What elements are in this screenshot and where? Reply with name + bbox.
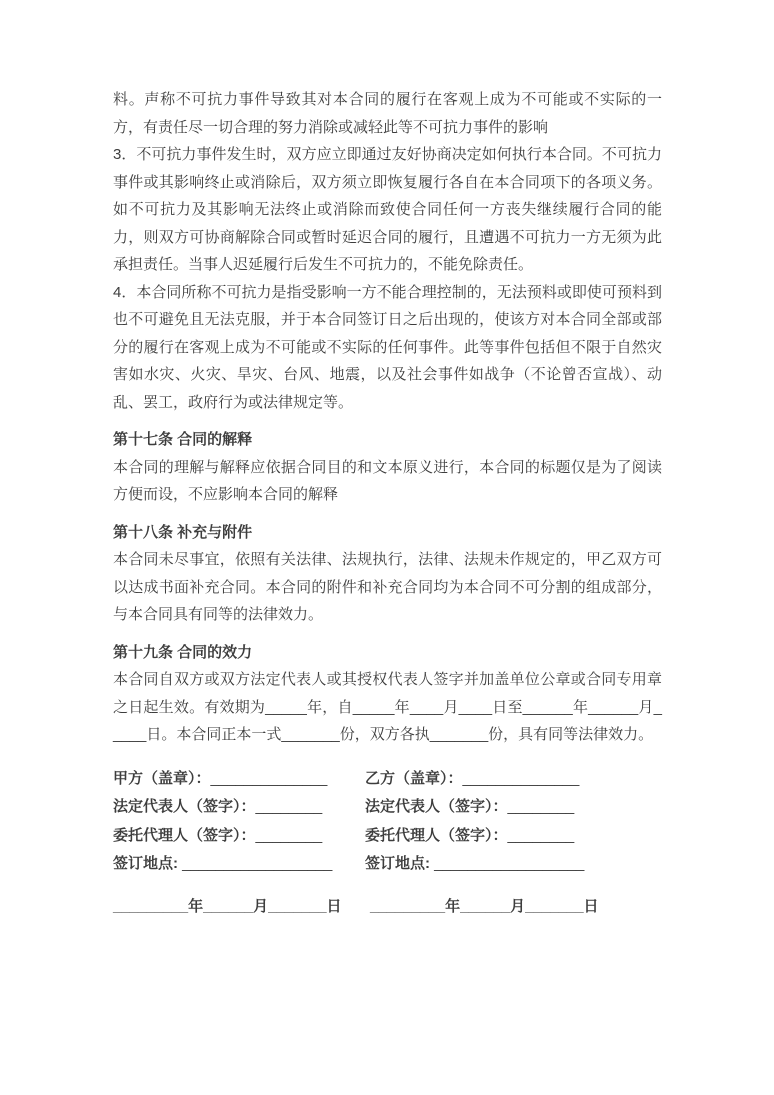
- heading-article-19: 第十九条 合同的效力: [113, 639, 662, 667]
- party-b-legal-rep-row: 法定代表人（签字）：________: [365, 793, 662, 822]
- clause-article-17-body: 本合同的理解与解释应依据合同目的和文本原义进行，本合同的标题仅是为了阅读方便而设…: [113, 454, 662, 509]
- party-b-seal-label: 乙方（盖章）：: [365, 770, 463, 787]
- party-b-seal-blank: ______________: [463, 770, 580, 787]
- party-b-agent-blank: ________: [508, 827, 575, 844]
- party-b-agent-row: 委托代理人（签字）：________: [365, 822, 662, 851]
- party-b-seal-row: 乙方（盖章）：______________: [365, 765, 662, 794]
- clause-force-majeure-continuation: 料。声称不可抗力事件导致其对本合同的履行在客观上成为不可能或不实际的一方，有责任…: [113, 86, 662, 141]
- party-b-place-row: 签订地点: __________________: [365, 850, 662, 879]
- party-a-seal-blank: ______________: [211, 770, 328, 787]
- contract-text-block: 料。声称不可抗力事件导致其对本合同的履行在客观上成为不可能或不实际的一方，有责任…: [113, 86, 662, 921]
- party-a-legal-rep-blank: ________: [256, 798, 323, 815]
- party-b-agent-label: 委托代理人（签字）：: [365, 827, 508, 844]
- party-a-date-blank: _________年______月_______日: [113, 893, 370, 922]
- clause-article-18-body: 本合同未尽事宜，依照有关法律、法规执行，法律、法规未作规定的，甲乙双方可以达成书…: [113, 546, 662, 629]
- party-a-place-blank: __________________: [182, 855, 332, 872]
- party-a-agent-row: 委托代理人（签字）：________: [113, 822, 365, 851]
- party-a-agent-label: 委托代理人（签字）：: [113, 827, 256, 844]
- clause-force-majeure-item-4: 4．本合同所称不可抗力是指受影响一方不能合理控制的，无法预料或即使可预料到也不可…: [113, 279, 662, 417]
- heading-article-18: 第十八条 补充与附件: [113, 519, 662, 547]
- party-b-legal-rep-blank: ________: [508, 798, 575, 815]
- clause-force-majeure-item-3: 3．不可抗力事件发生时，双方应立即通过友好协商决定如何执行本合同。不可抗力事件或…: [113, 141, 662, 279]
- signature-date-row: _________年______月_______日 _________年____…: [113, 893, 662, 922]
- contract-page: 料。声称不可抗力事件导致其对本合同的履行在客观上成为不可能或不实际的一方，有责任…: [0, 0, 774, 1095]
- party-b-date-blank: _________年______月_______日: [370, 893, 662, 922]
- party-a-place-label: 签订地点:: [113, 855, 182, 872]
- party-a-signature-column: 甲方（盖章）：______________ 法定代表人（签字）：________…: [113, 765, 365, 879]
- party-a-place-row: 签订地点: __________________: [113, 850, 365, 879]
- party-b-signature-column: 乙方（盖章）：______________ 法定代表人（签字）：________…: [365, 765, 662, 879]
- party-b-place-label: 签订地点:: [365, 855, 434, 872]
- party-a-seal-row: 甲方（盖章）：______________: [113, 765, 365, 794]
- party-a-seal-label: 甲方（盖章）：: [113, 770, 211, 787]
- clause-article-19-body: 本合同自双方或双方法定代表人或其授权代表人签字并加盖单位公章或合同专用章之日起生…: [113, 666, 662, 749]
- party-a-legal-rep-label: 法定代表人（签字）：: [113, 798, 256, 815]
- party-b-place-blank: __________________: [434, 855, 584, 872]
- party-b-legal-rep-label: 法定代表人（签字）：: [365, 798, 508, 815]
- party-a-agent-blank: ________: [256, 827, 323, 844]
- signature-block: 甲方（盖章）：______________ 法定代表人（签字）：________…: [113, 765, 662, 879]
- party-a-legal-rep-row: 法定代表人（签字）：________: [113, 793, 365, 822]
- heading-article-17: 第十七条 合同的解释: [113, 426, 662, 454]
